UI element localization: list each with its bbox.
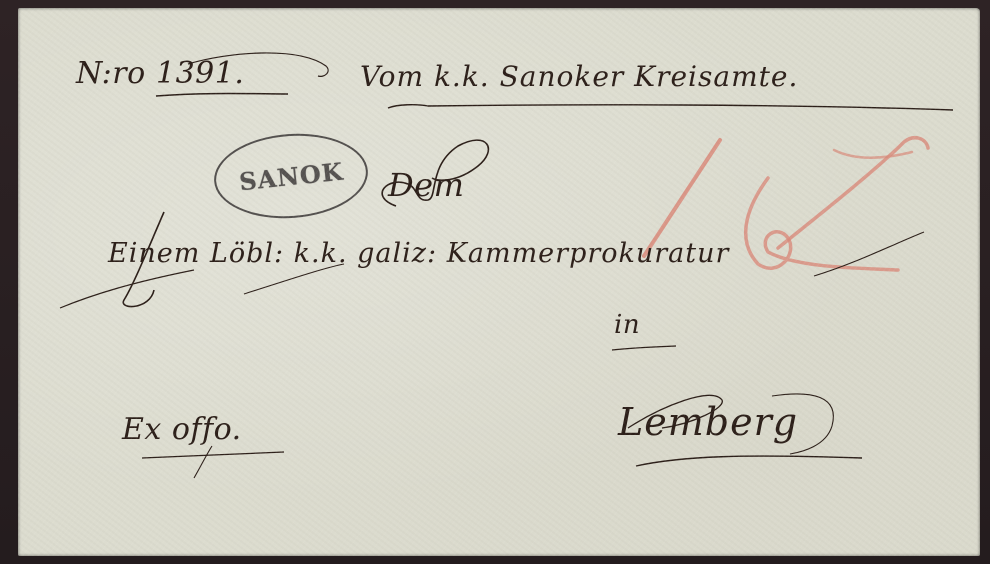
preposition-in: in bbox=[614, 310, 640, 340]
in-underline bbox=[610, 342, 680, 354]
reference-number: 1391. bbox=[156, 56, 244, 91]
letter-paper: N:ro 1391. Vom k.k. Sanoker Kreisamte. S… bbox=[18, 8, 980, 556]
sanok-postmark: SANOK bbox=[211, 129, 370, 224]
reference-prefix: N:ro bbox=[76, 56, 146, 91]
salutation: Dem bbox=[388, 166, 464, 204]
scan-background: N:ro 1391. Vom k.k. Sanoker Kreisamte. S… bbox=[0, 0, 990, 564]
destination-city: Lemberg bbox=[618, 400, 798, 444]
addressee-line: Einem Löbl: k.k. galiz: Kammerprokuratur bbox=[108, 238, 729, 269]
service-note-underline bbox=[138, 444, 298, 484]
postmark-text: SANOK bbox=[237, 156, 344, 196]
sender-line: Vom k.k. Sanoker Kreisamte. bbox=[360, 60, 798, 93]
service-note: Ex offo. bbox=[122, 412, 242, 447]
sender-underline bbox=[378, 96, 958, 116]
